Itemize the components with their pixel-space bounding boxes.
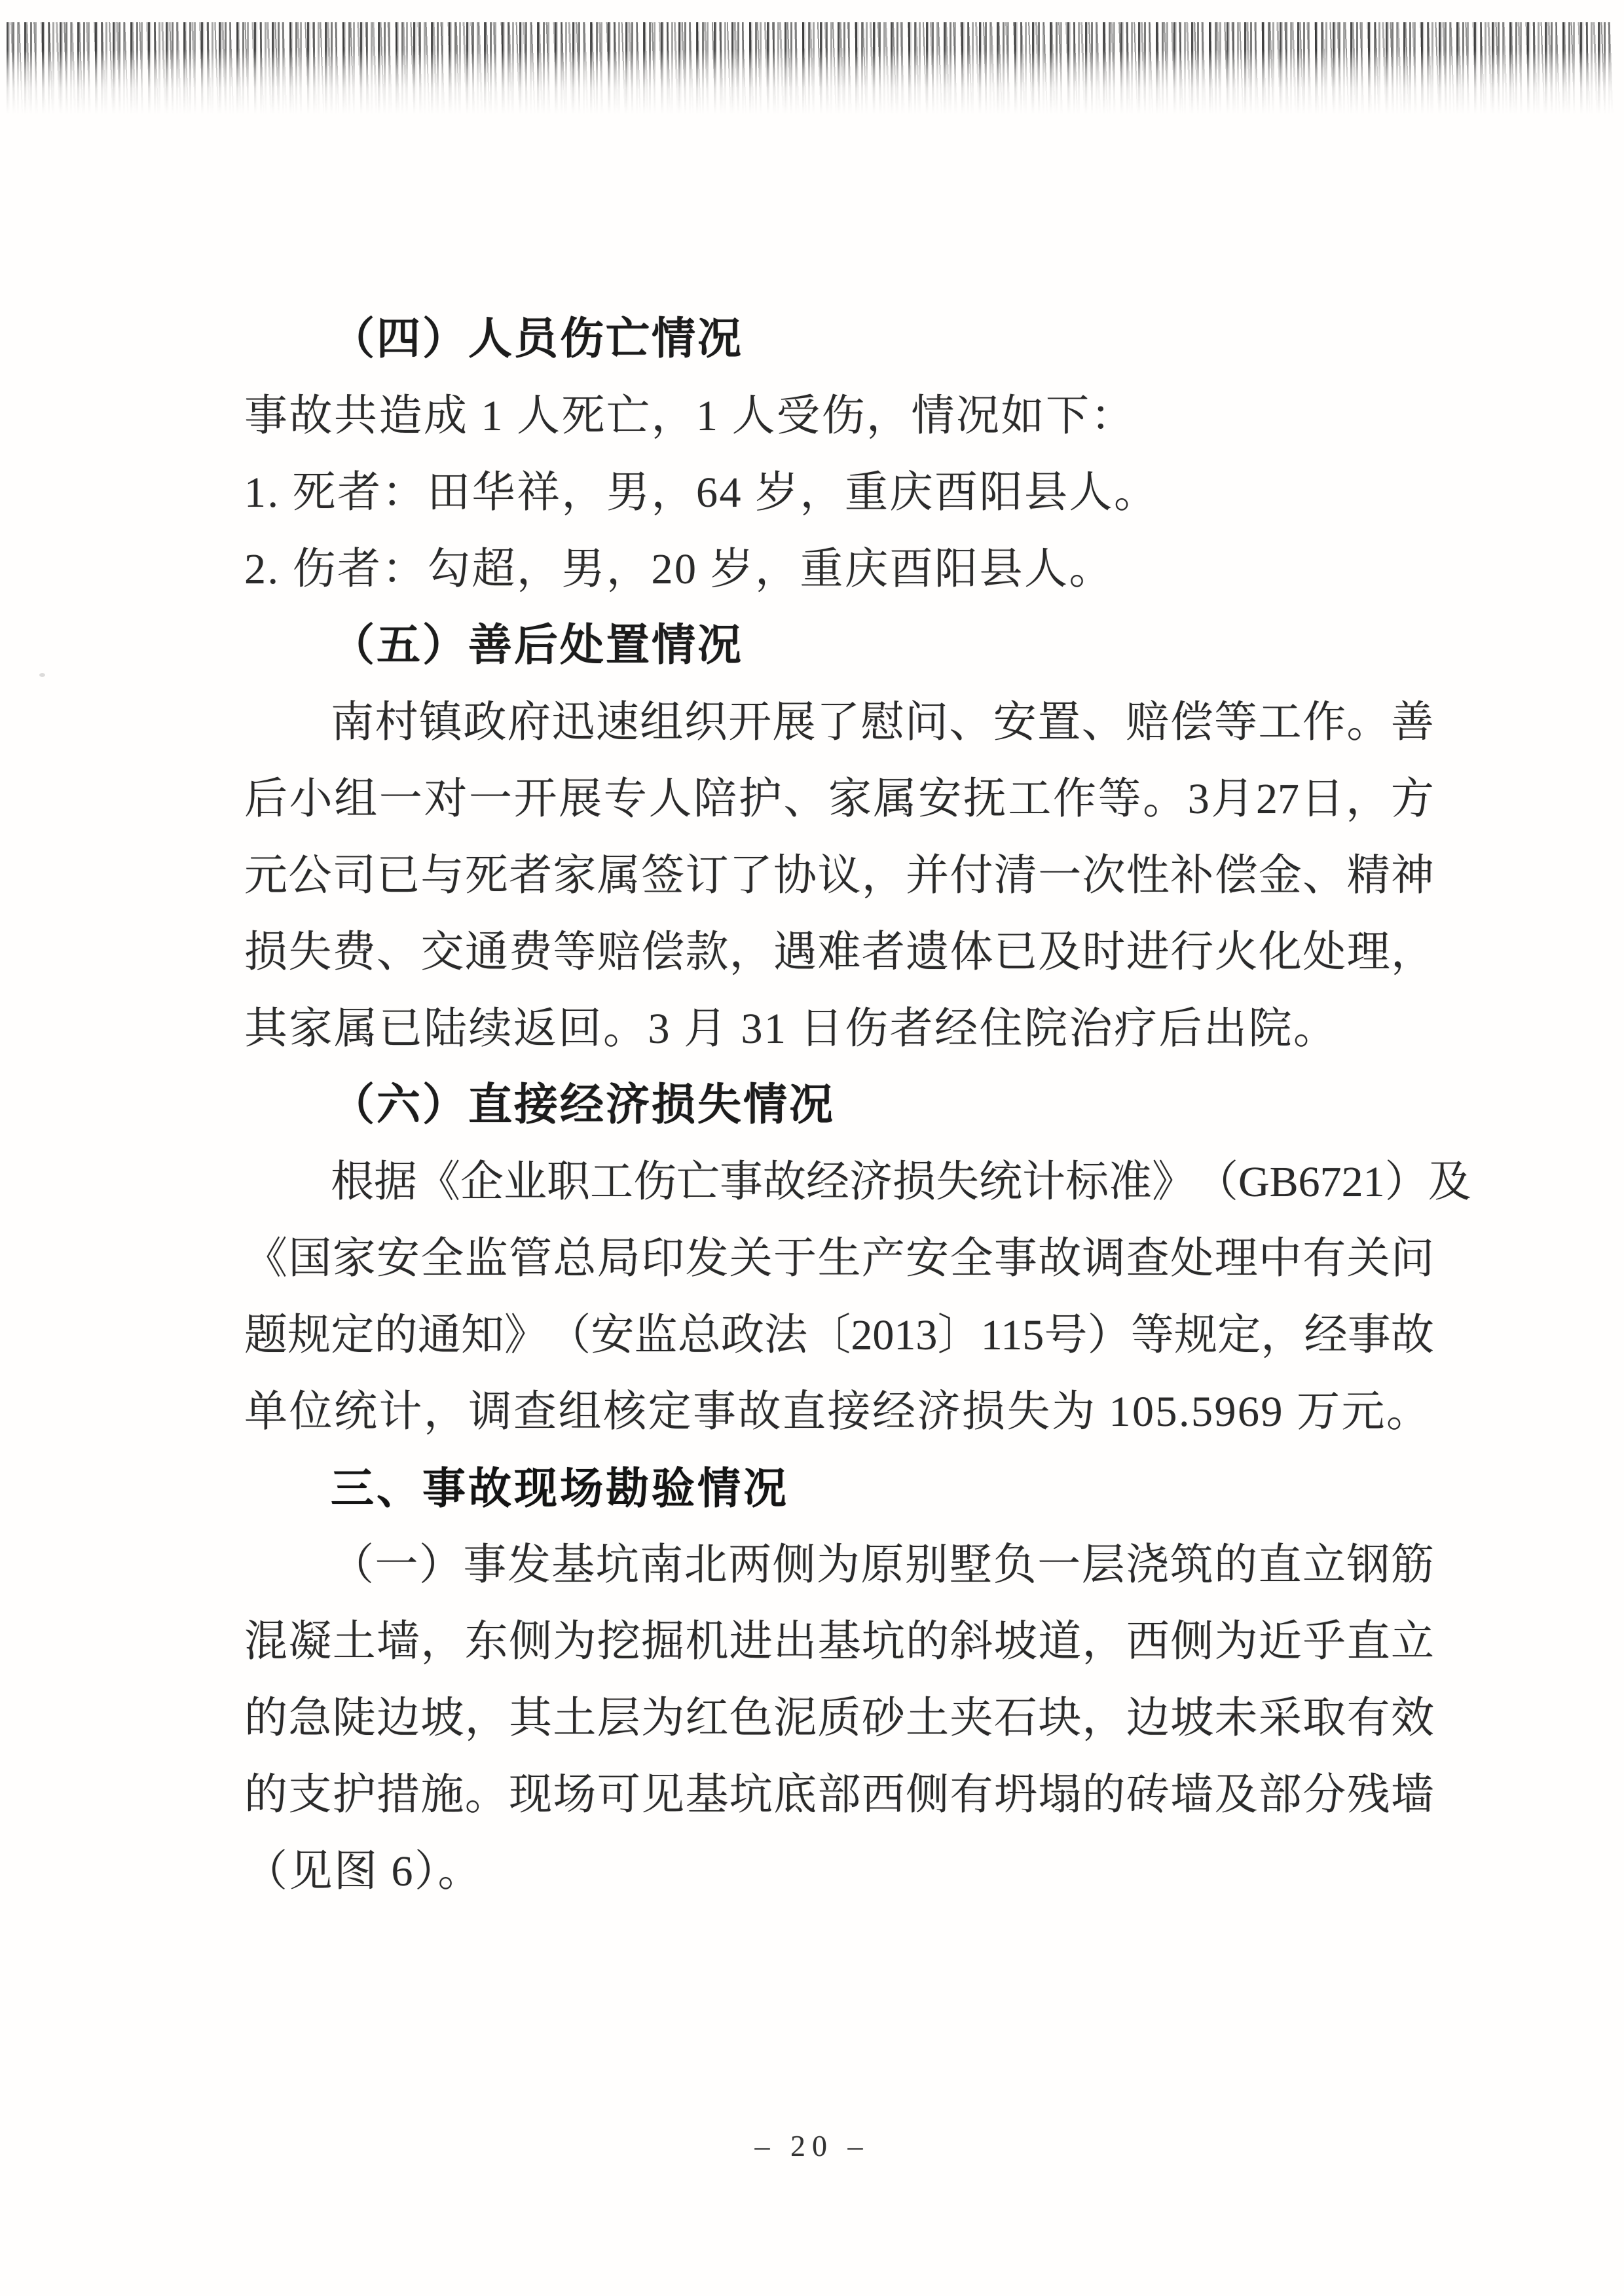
glyph: 遇 <box>773 914 817 991</box>
glyph: 开 <box>728 684 771 761</box>
glyph: 的 <box>1214 1527 1257 1603</box>
glyph: 统 <box>979 1144 1022 1220</box>
glyph: 块 <box>1038 1680 1081 1757</box>
text-line: 《国家安全监管总局印发关于生产安全事故调查处理中有关问 <box>244 1220 1434 1297</box>
glyph: 侧 <box>509 1603 552 1680</box>
glyph: 见 <box>641 1757 684 1833</box>
glyph: 进 <box>1126 914 1170 991</box>
glyph: 混 <box>244 1603 287 1680</box>
text-line: 的支护措施。现场可见基坑底部西侧有坍塌的砖墙及部分残墙 <box>244 1757 1434 1833</box>
glyph: 陪 <box>693 761 737 837</box>
glyph: 司 <box>333 837 376 914</box>
glyph: 全 <box>420 1220 464 1297</box>
glyph: 了 <box>817 684 860 761</box>
glyph: 事 <box>994 1220 1037 1297</box>
glyph: 公 <box>288 837 331 914</box>
glyph: 南 <box>331 684 374 761</box>
glyph: 底 <box>773 1757 817 1833</box>
glyph: 色 <box>729 1680 773 1757</box>
glyph: ， <box>465 1680 508 1757</box>
glyph: 发 <box>507 1527 551 1603</box>
glyph: 土 <box>553 1680 596 1757</box>
glyph: 一 <box>375 1527 418 1603</box>
glyph: 标 <box>1065 1144 1109 1220</box>
glyph: 砂 <box>862 1680 905 1757</box>
text-line: 南村镇政府迅速组织开展了慰问、安置、赔偿等工作。善 <box>244 684 1434 761</box>
glyph: 及 <box>1215 1757 1258 1833</box>
glyph: 通 <box>418 1297 461 1374</box>
glyph: 神 <box>1391 837 1434 914</box>
glyph: 问 <box>1391 1220 1434 1297</box>
glyph: 监 <box>465 1220 508 1297</box>
glyph: ） <box>419 1527 462 1603</box>
glyph: 展 <box>773 684 816 761</box>
text-line: （见图 6）。 <box>244 1833 1434 1910</box>
glyph: 一 <box>469 761 512 837</box>
glyph: 经 <box>1304 1297 1348 1374</box>
glyph: 质 <box>817 1680 860 1757</box>
glyph: 家 <box>333 1220 376 1297</box>
glyph: 法 <box>764 1297 807 1374</box>
glyph: 清 <box>994 837 1037 914</box>
glyph: 及 <box>1428 1144 1471 1220</box>
glyph: 2013 <box>851 1297 937 1374</box>
glyph: 问 <box>905 684 948 761</box>
glyph: 全 <box>950 1220 993 1297</box>
glyph: 边 <box>1126 1680 1170 1757</box>
glyph: 急 <box>288 1680 331 1757</box>
glyph: 泥 <box>773 1680 817 1757</box>
glyph: 定 <box>1217 1297 1261 1374</box>
glyph: 金 <box>1259 837 1302 914</box>
glyph: 组 <box>640 684 683 761</box>
glyph: 措 <box>377 1757 420 1833</box>
glyph: 赔 <box>597 914 640 991</box>
glyph: 发 <box>685 1220 728 1297</box>
glyph: 补 <box>1170 837 1213 914</box>
glyph: 凝 <box>288 1603 331 1680</box>
glyph: 协 <box>773 837 817 914</box>
glyph: ， <box>1261 1297 1304 1374</box>
glyph: 伤 <box>633 1144 676 1220</box>
glyph: 属 <box>597 837 640 914</box>
glyph: 坍 <box>994 1757 1037 1833</box>
section-heading: （五）善后处置情况 <box>244 608 1434 684</box>
glyph: 立 <box>1302 1527 1346 1603</box>
text-line: 根据《企业职工伤亡事故经济损失统计标准》（GB6721）及 <box>244 1144 1434 1220</box>
glyph: 筋 <box>1391 1527 1434 1603</box>
glyph: 管 <box>509 1220 552 1297</box>
glyph: 家 <box>828 761 872 837</box>
glyph: 国 <box>288 1220 331 1297</box>
glyph: 坡 <box>420 1680 464 1757</box>
glyph: 关 <box>1347 1220 1390 1297</box>
glyph: 费 <box>509 914 552 991</box>
glyph: 西 <box>1126 1603 1170 1680</box>
scan-speck-artifact <box>39 673 45 677</box>
glyph: 后 <box>244 761 287 837</box>
glyph: 直 <box>1259 1527 1302 1603</box>
glyph: 护 <box>739 761 782 837</box>
glyph: 〔 <box>807 1297 851 1374</box>
glyph: 作 <box>1053 761 1096 837</box>
glyph: 、 <box>783 761 826 837</box>
glyph: 分 <box>1302 1757 1346 1833</box>
glyph: 者 <box>509 837 552 914</box>
glyph: 企 <box>460 1144 504 1220</box>
glyph: 精 <box>1347 837 1390 914</box>
glyph: 的 <box>244 1680 287 1757</box>
glyph: 生 <box>817 1220 860 1297</box>
glyph: 、 <box>1082 684 1125 761</box>
glyph: 理 <box>1347 914 1390 991</box>
glyph: 处 <box>1302 914 1346 991</box>
glyph: 《 <box>417 1144 460 1220</box>
glyph: ） <box>1385 1144 1428 1220</box>
glyph: 迅 <box>551 684 595 761</box>
glyph: 职 <box>547 1144 590 1220</box>
glyph: 立 <box>1391 1603 1434 1680</box>
glyph: 层 <box>597 1680 640 1757</box>
glyph: 坡 <box>1170 1680 1213 1757</box>
glyph: 墙 <box>377 1603 420 1680</box>
glyph: 速 <box>596 684 639 761</box>
glyph: 已 <box>994 914 1037 991</box>
glyph: 日 <box>1301 761 1344 837</box>
glyph: 有 <box>1302 1220 1346 1297</box>
glyph: 〕 <box>938 1297 981 1374</box>
text-line: 2. 伤者：勾超，男，20 岁，重庆酉阳县人。 <box>244 531 1434 608</box>
glyph: 难 <box>817 914 860 991</box>
glyph: 局 <box>597 1220 640 1297</box>
glyph: GB6721 <box>1238 1144 1385 1220</box>
glyph: 家 <box>553 837 596 914</box>
glyph: 性 <box>1126 837 1170 914</box>
glyph: ， <box>729 914 773 991</box>
glyph: 《 <box>244 1220 287 1297</box>
glyph: 等 <box>1131 1297 1174 1374</box>
glyph: 的 <box>1082 1757 1126 1833</box>
glyph: 的 <box>244 1757 287 1833</box>
glyph: 火 <box>1215 914 1258 991</box>
glyph: 道 <box>1038 1603 1081 1680</box>
glyph: 取 <box>1302 1680 1346 1757</box>
glyph: 亡 <box>676 1144 720 1220</box>
glyph: 原 <box>860 1527 904 1603</box>
glyph: 机 <box>685 1603 728 1680</box>
glyph: 护 <box>333 1757 376 1833</box>
glyph: 陡 <box>333 1680 376 1757</box>
glyph: 为 <box>641 1680 684 1757</box>
glyph: 监 <box>635 1297 678 1374</box>
glyph: 总 <box>678 1297 721 1374</box>
glyph: 基 <box>817 1603 860 1680</box>
glyph: 石 <box>994 1680 1037 1757</box>
glyph: 展 <box>559 761 602 837</box>
glyph: 故 <box>763 1144 806 1220</box>
glyph: 现 <box>509 1757 552 1833</box>
glyph: 安 <box>918 761 961 837</box>
glyph: 体 <box>950 914 993 991</box>
glyph: 了 <box>729 837 773 914</box>
glyph: 据 <box>374 1144 417 1220</box>
glyph: 工 <box>1259 684 1302 761</box>
glyph: 等 <box>1098 761 1141 837</box>
glyph: 并 <box>906 837 949 914</box>
glyph: 经 <box>806 1144 849 1220</box>
glyph: ， <box>420 1603 464 1680</box>
text-line: 后小组一对一开展专人陪护、家属安抚工作等。3月27日，方 <box>244 761 1434 837</box>
glyph: 墅 <box>949 1527 992 1603</box>
text-line: 单位统计，调查组核定事故直接经济损失为 105.5969 万元。 <box>244 1374 1434 1450</box>
glyph: 作 <box>1302 684 1346 761</box>
text-line: 混凝土墙，东侧为挖掘机进出基坑的斜坡道，西侧为近乎直立 <box>244 1603 1434 1680</box>
glyph: （ <box>331 1527 374 1603</box>
glyph: 采 <box>1259 1680 1302 1757</box>
glyph: 事 <box>463 1527 506 1603</box>
glyph: 及 <box>1038 914 1081 991</box>
glyph: 坑 <box>729 1757 773 1833</box>
glyph: 浇 <box>1126 1527 1169 1603</box>
page-footer: – 20 – <box>0 2120 1624 2172</box>
glyph: ， <box>862 837 905 914</box>
glyph: 的 <box>906 1603 949 1680</box>
glyph: ， <box>1082 1680 1126 1757</box>
glyph: 、 <box>377 914 420 991</box>
glyph: 偿 <box>641 914 684 991</box>
page-number: – 20 – <box>755 2129 870 2162</box>
glyph: 化 <box>1259 914 1302 991</box>
glyph: 产 <box>862 1220 905 1297</box>
glyph: 一 <box>1037 1527 1080 1603</box>
glyph: 安 <box>591 1297 634 1374</box>
glyph: 。 <box>465 1757 508 1833</box>
glyph: 两 <box>728 1527 771 1603</box>
glyph: （ <box>547 1297 591 1374</box>
glyph: 红 <box>685 1680 728 1757</box>
text-line: 1. 死者：田华祥，男，64 岁，重庆酉阳县人。 <box>244 454 1434 531</box>
glyph: 东 <box>465 1603 508 1680</box>
glyph: 与 <box>420 837 464 914</box>
section-heading: （六）直接经济损失情况 <box>244 1067 1434 1144</box>
glyph: 济 <box>849 1144 893 1220</box>
glyph: 塌 <box>1038 1757 1081 1833</box>
glyph: 定 <box>331 1297 374 1374</box>
glyph: 有 <box>1347 1680 1390 1757</box>
glyph: 行 <box>1170 914 1213 991</box>
glyph: 理 <box>1215 1220 1258 1297</box>
glyph: 北 <box>684 1527 728 1603</box>
glyph: 对 <box>424 761 467 837</box>
glyph: 27 <box>1256 761 1299 837</box>
glyph: 安 <box>906 1220 949 1297</box>
glyph: （ <box>1195 1144 1238 1220</box>
glyph: 出 <box>773 1603 817 1680</box>
text-line: 题规定的通知》（安监总政法〔2013〕115号）等规定，经事故 <box>244 1297 1434 1374</box>
glyph: 乎 <box>1302 1603 1346 1680</box>
glyph: 墙 <box>1391 1757 1434 1833</box>
glyph: 规 <box>287 1297 331 1374</box>
glyph: 人 <box>648 761 692 837</box>
glyph: 坑 <box>862 1603 905 1680</box>
glyph: 为 <box>817 1527 860 1603</box>
glyph: 层 <box>1082 1527 1125 1603</box>
glyph: 已 <box>377 837 420 914</box>
glyph: 费 <box>333 914 376 991</box>
glyph: 、 <box>949 684 992 761</box>
glyph: 进 <box>729 1603 773 1680</box>
glyph: 赔 <box>1126 684 1169 761</box>
glyph: 的 <box>375 1297 418 1374</box>
glyph: 政 <box>721 1297 764 1374</box>
glyph: 织 <box>684 684 728 761</box>
glyph: 支 <box>288 1757 331 1833</box>
glyph: 部 <box>1259 1757 1302 1833</box>
glyph: 慰 <box>860 684 904 761</box>
glyph: 属 <box>874 761 917 837</box>
glyph: 施 <box>420 1757 464 1833</box>
glyph: 订 <box>685 837 728 914</box>
glyph: 工 <box>590 1144 633 1220</box>
glyph: 墙 <box>1170 1757 1213 1833</box>
document-body: （四）人员伤亡情况事故共造成 1 人死亡，1 人受伤，情况如下：1. 死者：田华… <box>244 301 1434 1910</box>
glyph: 村 <box>375 684 418 761</box>
glyph: 为 <box>1215 1603 1258 1680</box>
glyph: 款 <box>685 914 728 991</box>
glyph: 》 <box>1152 1144 1195 1220</box>
glyph: 损 <box>893 1144 936 1220</box>
glyph: 善 <box>1391 684 1434 761</box>
glyph: 等 <box>553 914 596 991</box>
scanned-report-page: （四）人员伤亡情况事故共造成 1 人死亡，1 人受伤，情况如下：1. 死者：田华… <box>0 0 1624 2296</box>
glyph: 于 <box>773 1220 817 1297</box>
glyph: 掘 <box>641 1603 684 1680</box>
glyph: 故 <box>1038 1220 1081 1297</box>
glyph: 方 <box>1391 761 1434 837</box>
glyph: 偿 <box>1170 684 1213 761</box>
glyph: 时 <box>1082 914 1126 991</box>
glyph: 筑 <box>1170 1527 1213 1603</box>
glyph: 故 <box>1391 1297 1434 1374</box>
glyph: 月 <box>1211 761 1254 837</box>
glyph: 侧 <box>773 1527 816 1603</box>
glyph: 工 <box>1008 761 1051 837</box>
glyph: 专 <box>604 761 647 837</box>
glyph: 准 <box>1109 1144 1152 1220</box>
glyph: 次 <box>1082 837 1126 914</box>
glyph: 查 <box>1126 1220 1170 1297</box>
glyph: ， <box>1346 761 1389 837</box>
glyph: 直 <box>1347 1603 1390 1680</box>
glyph: 基 <box>685 1757 728 1833</box>
glyph: 计 <box>1022 1144 1065 1220</box>
glyph: ， <box>1391 914 1434 991</box>
glyph: 效 <box>1391 1680 1434 1757</box>
glyph: 残 <box>1347 1757 1390 1833</box>
glyph: 议 <box>817 837 860 914</box>
glyph: 负 <box>993 1527 1037 1603</box>
glyph: 失 <box>936 1144 979 1220</box>
glyph: 置 <box>1037 684 1080 761</box>
glyph: 调 <box>1082 1220 1126 1297</box>
glyph: 有 <box>950 1757 993 1833</box>
glyph: 失 <box>288 914 331 991</box>
glyph: 根 <box>331 1144 374 1220</box>
glyph: 为 <box>553 1603 596 1680</box>
glyph: 侧 <box>1170 1603 1213 1680</box>
glyph: 政 <box>463 684 506 761</box>
glyph: 等 <box>1214 684 1257 761</box>
glyph: 部 <box>817 1757 860 1833</box>
glyph: 元 <box>244 837 287 914</box>
scan-noise-artifact <box>7 22 1615 114</box>
glyph: 号 <box>1044 1297 1087 1374</box>
text-line: 其家属已陆续返回。3 月 31 日伤者经住院治疗后出院。 <box>244 991 1434 1067</box>
glyph: 3 <box>1188 761 1209 837</box>
glyph: 府 <box>507 684 551 761</box>
glyph: 事 <box>1348 1297 1391 1374</box>
glyph: 坡 <box>994 1603 1037 1680</box>
glyph: 开 <box>514 761 557 837</box>
glyph: 镇 <box>419 684 462 761</box>
glyph: 交 <box>420 914 464 991</box>
glyph: 夹 <box>950 1680 993 1757</box>
glyph: 知 <box>461 1297 504 1374</box>
glyph: 基 <box>551 1527 595 1603</box>
glyph: 关 <box>729 1220 773 1297</box>
glyph: 损 <box>244 914 287 991</box>
glyph: 遗 <box>906 914 949 991</box>
glyph: 可 <box>597 1757 640 1833</box>
glyph: 砖 <box>1126 1757 1170 1833</box>
glyph: 》 <box>504 1297 547 1374</box>
text-line: 事故共造成 1 人死亡，1 人受伤，情况如下： <box>244 378 1434 454</box>
glyph: 事 <box>720 1144 763 1220</box>
glyph: 坑 <box>596 1527 639 1603</box>
glyph: 土 <box>333 1603 376 1680</box>
glyph: 死 <box>465 837 508 914</box>
glyph: 。 <box>1143 761 1186 837</box>
glyph: 安 <box>377 1220 420 1297</box>
glyph: 土 <box>906 1680 949 1757</box>
glyph: 别 <box>905 1527 948 1603</box>
glyph: 侧 <box>906 1757 949 1833</box>
glyph: 挖 <box>597 1603 640 1680</box>
glyph: 、 <box>1302 837 1346 914</box>
glyph: 其 <box>509 1680 552 1757</box>
glyph: ， <box>1082 1603 1126 1680</box>
glyph: 场 <box>553 1757 596 1833</box>
glyph: 一 <box>1038 837 1081 914</box>
glyph: 钢 <box>1346 1527 1390 1603</box>
glyph: 一 <box>379 761 422 837</box>
glyph: 总 <box>553 1220 596 1297</box>
text-line: （一）事发基坑南北两侧为原别墅负一层浇筑的直立钢筋 <box>244 1527 1434 1603</box>
glyph: 者 <box>862 914 905 991</box>
glyph: 小 <box>289 761 333 837</box>
glyph: 斜 <box>950 1603 993 1680</box>
section-heading: （四）人员伤亡情况 <box>244 301 1434 378</box>
glyph: 组 <box>334 761 377 837</box>
glyph: 南 <box>640 1527 683 1603</box>
glyph: 近 <box>1259 1603 1302 1680</box>
glyph: 中 <box>1259 1220 1302 1297</box>
glyph: 安 <box>993 684 1037 761</box>
glyph: 签 <box>641 837 684 914</box>
glyph: 偿 <box>1215 837 1258 914</box>
section-heading: 三、事故现场勘验情况 <box>244 1450 1434 1527</box>
glyph: 处 <box>1170 1220 1213 1297</box>
